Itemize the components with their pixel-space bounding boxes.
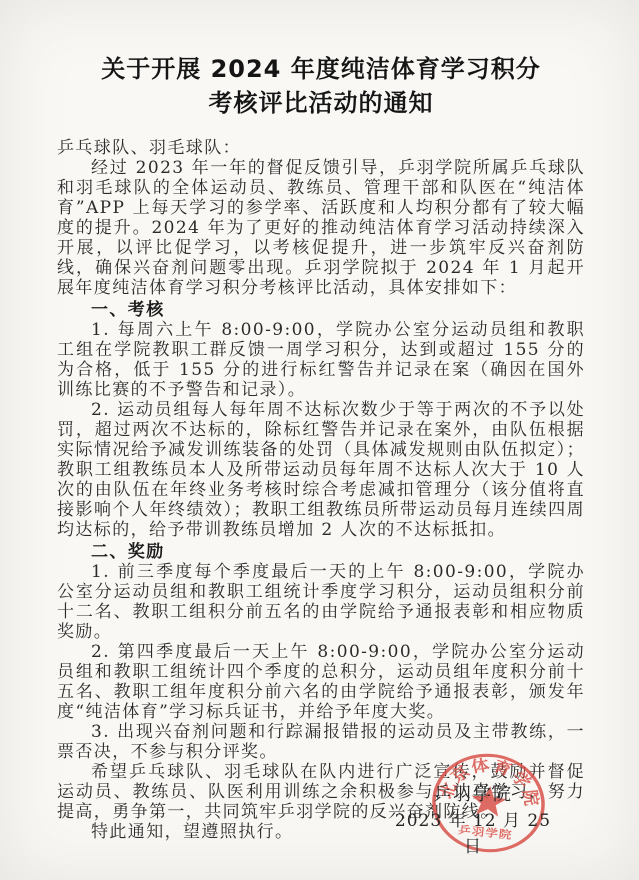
signature-org: 乒羽学院 (390, 782, 556, 808)
jiangli-item-2: 2. 第四季度最后一天上午 8:00-9:00，学院办公室分运动员组和教职工组统… (57, 642, 585, 722)
jiangli-item-1: 1. 前三季度每个季度最后一天的上午 8:00-9:00，学院办公室分运动员组和… (57, 562, 585, 642)
kaohe-item-2: 2. 运动员组每人每年周不达标次数少于等于两次的不予以处罚，超过两次不达标的，除… (57, 400, 585, 540)
section-heading-jiangli: 二、奖励 (57, 542, 585, 562)
kaohe-item-1: 1. 每周六上午 8:00-9:00，学院办公室分运动员组和教职工组在学院教职工… (57, 320, 585, 400)
notice-body: 乒乓球队、羽毛球队： 经过 2023 年一年的督促反馈引导，乒羽学院所属乒乓球队… (57, 138, 585, 842)
intro-paragraph: 经过 2023 年一年的督促反馈引导，乒羽学院所属乒乓球队和羽毛球队的全体运动员… (57, 158, 585, 298)
signature-date: 2023 年 12 月 25 日 (390, 808, 556, 860)
notice-page: 关于开展 2024 年度纯洁体育学习积分 考核评比活动的通知 乒乓球队、羽毛球队… (0, 0, 639, 880)
notice-title-line2: 考核评比活动的通知 (209, 89, 434, 117)
notice-title-line1: 关于开展 2024 年度纯洁体育学习积分 (101, 55, 541, 83)
signature-block: 乒羽学院 2023 年 12 月 25 日 (390, 782, 556, 860)
notice-title: 关于开展 2024 年度纯洁体育学习积分 考核评比活动的通知 (57, 52, 585, 120)
salutation: 乒乓球队、羽毛球队： (57, 138, 585, 158)
section-heading-kaohe: 一、考核 (57, 300, 585, 320)
